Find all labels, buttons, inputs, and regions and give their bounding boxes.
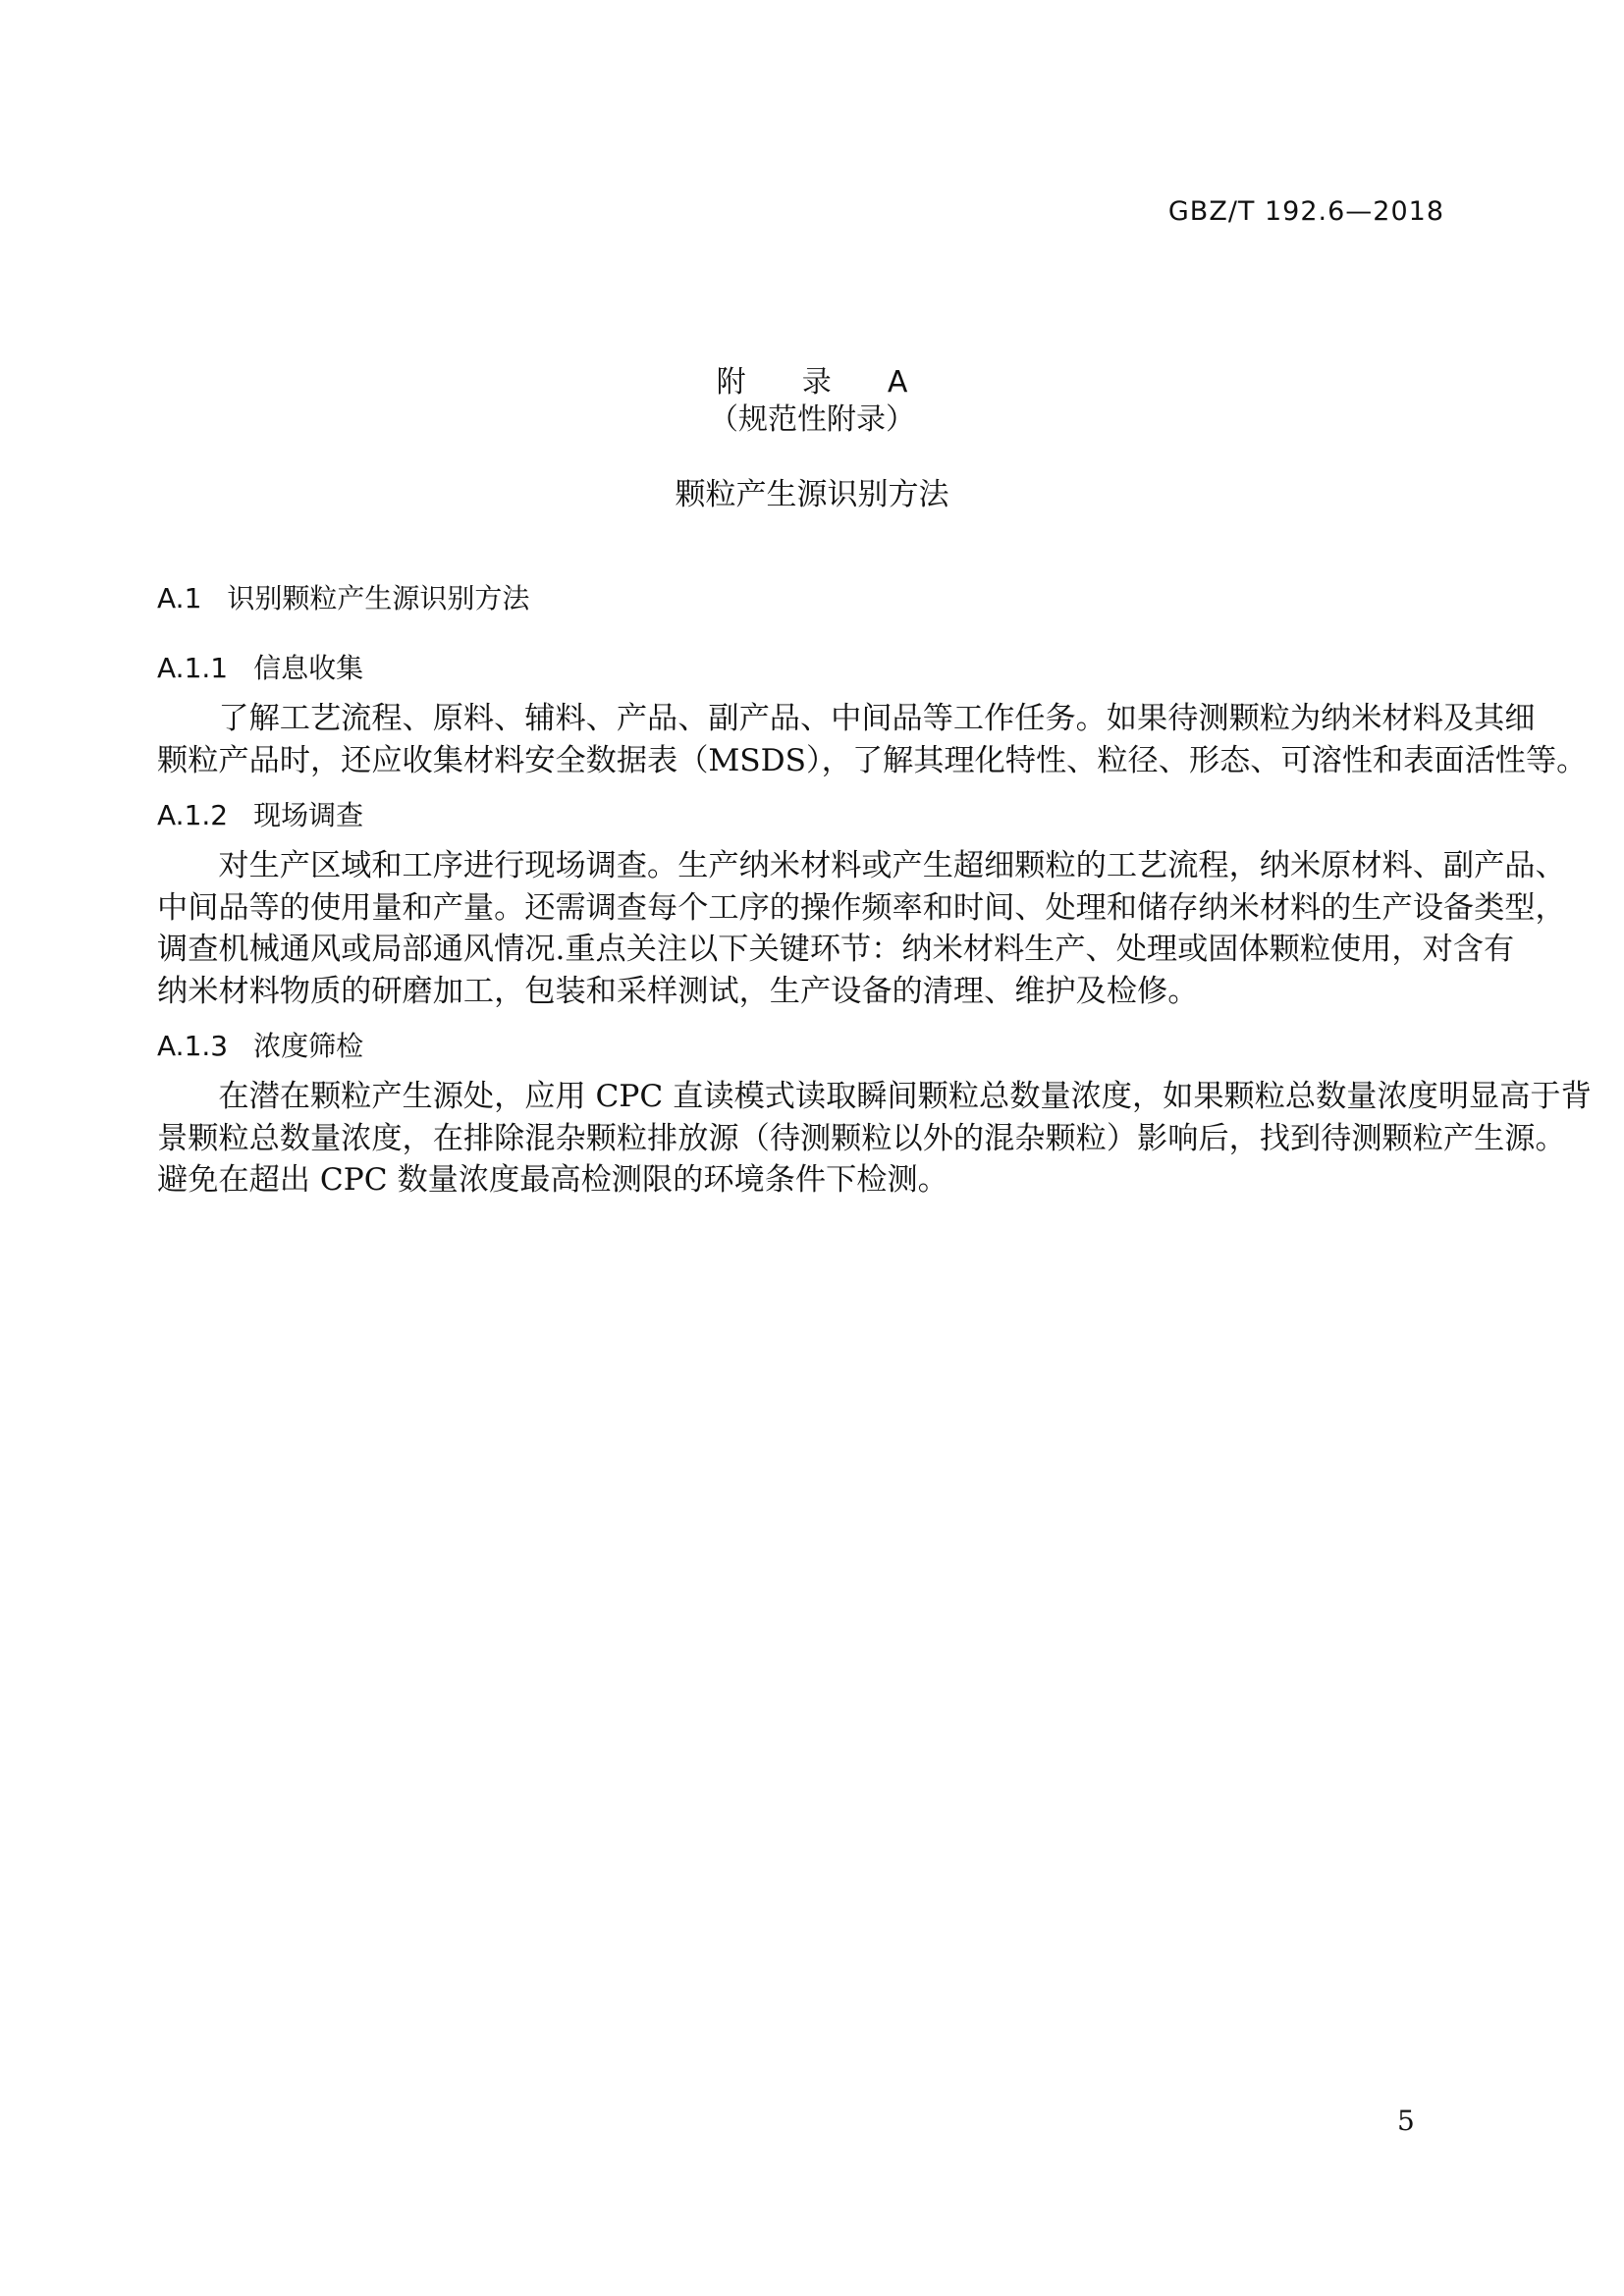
paragraph-line: 景颗粒总数量浓度，在排除混杂颗粒排放源（待测颗粒以外的混杂颗粒）影响后，找到待测… (157, 1118, 1445, 1160)
section-title: 信息收集 (253, 652, 363, 684)
section-number: A.1.1 (157, 652, 228, 684)
paragraph-line: 避免在超出 CPC 数量浓度最高检测限的环境条件下检测。 (157, 1159, 1445, 1201)
section-number: A.1 (157, 582, 201, 614)
paragraph-site-survey: 对生产区域和工序进行现场调查。生产纳米材料或产生超细颗粒的工艺流程，纳米原材料、… (157, 845, 1445, 1012)
appendix-type: （规范性附录） (0, 395, 1624, 438)
section-title: 现场调查 (253, 799, 363, 831)
section-heading: A.1识别颗粒产生源识别方法 (157, 577, 529, 616)
paragraph-line: 调查机械通风或局部通风情况.重点关注以下关键环节：纳米材料生产、处理或固体颗粒使… (157, 929, 1445, 971)
paragraph-line: 对生产区域和工序进行现场调查。生产纳米材料或产生超细颗粒的工艺流程，纳米原材料、… (157, 845, 1445, 887)
paragraph-line: 中间品等的使用量和产量。还需调查每个工序的操作频率和时间、处理和储存纳米材料的生… (157, 887, 1445, 930)
paragraph-line: 纳米材料物质的研磨加工，包装和采样测试，生产设备的清理、维护及检修。 (157, 971, 1445, 1013)
section-title: 识别颗粒产生源识别方法 (227, 582, 529, 614)
section-number: A.1.3 (157, 1030, 228, 1062)
paragraph-line: 在潜在颗粒产生源处，应用 CPC 直读模式读取瞬间颗粒总数量浓度，如果颗粒总数量… (157, 1076, 1445, 1118)
section-number: A.1.2 (157, 799, 228, 831)
paragraph-concentration-screening: 在潜在颗粒产生源处，应用 CPC 直读模式读取瞬间颗粒总数量浓度，如果颗粒总数量… (157, 1076, 1445, 1201)
page-number: 5 (1397, 2105, 1415, 2137)
section-heading: A.1.3浓度筛检 (157, 1025, 363, 1064)
paragraph-info-collection: 了解工艺流程、原料、辅料、产品、副产品、中间品等工作任务。如果待测颗粒为纳米材料… (157, 698, 1445, 781)
section-title: 浓度筛检 (253, 1030, 363, 1062)
section-heading: A.1.1信息收集 (157, 647, 363, 686)
paragraph-line: 颗粒产品时，还应收集材料安全数据表（MSDS），了解其理化特性、粒径、形态、可溶… (157, 740, 1445, 782)
section-heading: A.1.2现场调查 (157, 794, 363, 833)
document-code: GBZ/T 192.6—2018 (1168, 196, 1444, 227)
appendix-title: 颗粒产生源识别方法 (0, 469, 1624, 513)
paragraph-line: 了解工艺流程、原料、辅料、产品、副产品、中间品等工作任务。如果待测颗粒为纳米材料… (157, 698, 1445, 740)
